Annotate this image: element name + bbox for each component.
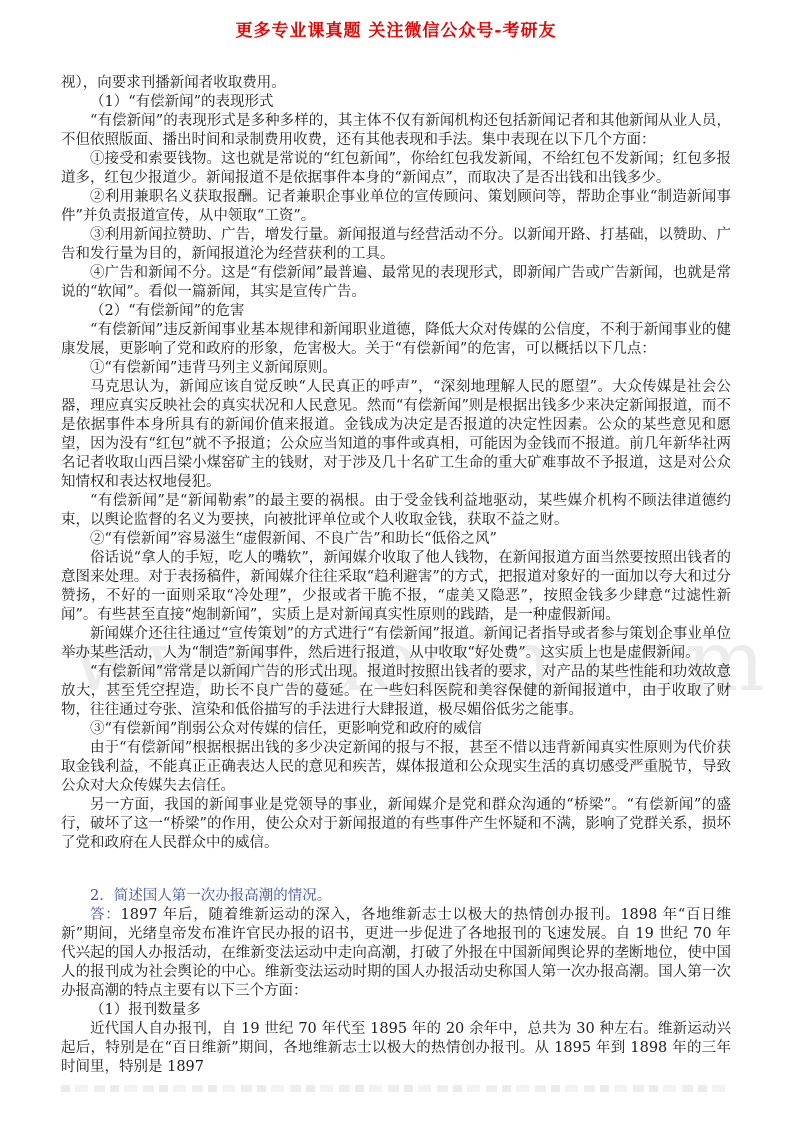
cutoff-text-remnant (61, 1085, 731, 1092)
answer-label: 答： (90, 907, 121, 923)
paragraph: 近代国人自办报刊，自 19 世纪 70 年代至 1895 年的 20 余年中，总… (61, 1020, 731, 1077)
paragraph: “有偿新闻”的表现形式是多种多样的，其主体不仅有新闻机构还包括新闻记者和其他新闻… (61, 112, 731, 150)
paragraph: 俗话说“拿人的手短，吃人的嘴软”，新闻媒介收取了他人钱物，在新闻报道方面当然要按… (61, 549, 731, 625)
paragraph: “有偿新闻”违反新闻事业基本规律和新闻职业道德，降低大众对传媒的公信度，不利于新… (61, 321, 731, 359)
subheading-newspaper-quantity: （1）报刊数量多 (61, 1001, 731, 1020)
list-item-3: ③利用新闻拉赞助、广告，增发行量。新闻报道与经营活动不分。以新闻开路、打基础，以… (61, 226, 731, 264)
harm-point-3-heading: ③“有偿新闻”削弱公众对传媒的信任，更影响党和政府的威信 (61, 720, 731, 739)
harm-point-1-heading: ①“有偿新闻”违背马列主义新闻原则。 (61, 359, 731, 378)
document-body: 视），向要求刊播新闻者收取费用。 （1）“有偿新闻”的表现形式 “有偿新闻”的表… (61, 74, 731, 1077)
continued-line: 视），向要求刊播新闻者收取费用。 (61, 74, 731, 93)
list-item-2: ②利用兼职名义获取报酬。记者兼职企事业单位的宣传顾问、策划顾问等，帮助企事业“制… (61, 188, 731, 226)
paragraph: 由于“有偿新闻”根据根据出钱的多少决定新闻的报与不报，甚至不惜以违背新闻真实性原… (61, 739, 731, 796)
paragraph: “有偿新闻”是“新闻勒索”的最主要的祸根。由于受金钱利益地驱动，某些媒介机构不顾… (61, 492, 731, 530)
paragraph: 新闻媒介还往往通过“宣传策划”的方式进行“有偿新闻”报道。新闻记者指导或者参与策… (61, 625, 731, 663)
question-2-title: 2．简述国人第一次办报高潮的情况。 (61, 887, 731, 906)
document-page: 更多专业课真题 关注微信公众号-考研友 www.docin.com 视），向要求… (0, 0, 792, 1122)
list-item-1: ①接受和索要钱物。这也就是常说的“红包新闻”，你给红包我发新闻，不给红包不发新闻… (61, 150, 731, 188)
harm-point-2-heading: ②“有偿新闻”容易滋生“虚假新闻、不良广告”和助长“低俗之风” (61, 530, 731, 549)
paragraph: “有偿新闻”常常是以新闻广告的形式出现。报道时按照出钱者的要求，对产品的某些性能… (61, 663, 731, 720)
answer-text: 1897 年后，随着维新运动的深入，各地维新志士以极大的热情创办报刊。1898 … (61, 907, 731, 999)
subheading-harms: （2）“有偿新闻”的危害 (61, 302, 731, 321)
list-item-4: ④广告和新闻不分。这是“有偿新闻”最普遍、最常见的表现形式，即新闻广告或广告新闻… (61, 264, 731, 302)
paragraph: 另一方面，我国的新闻事业是党领导的事业，新闻媒介是党和群众沟通的“桥梁”。“有偿… (61, 796, 731, 853)
paragraph: 马克思认为，新闻应该自觉反映“人民真正的呼声”，“深刻地理解人民的愿望”。大众传… (61, 378, 731, 492)
answer-2-paragraph: 答：1897 年后，随着维新运动的深入，各地维新志士以极大的热情创办报刊。189… (61, 906, 731, 1001)
promo-header-text: 更多专业课真题 关注微信公众号-考研友 (0, 16, 792, 41)
subheading-expression-forms: （1）“有偿新闻”的表现形式 (61, 93, 731, 112)
